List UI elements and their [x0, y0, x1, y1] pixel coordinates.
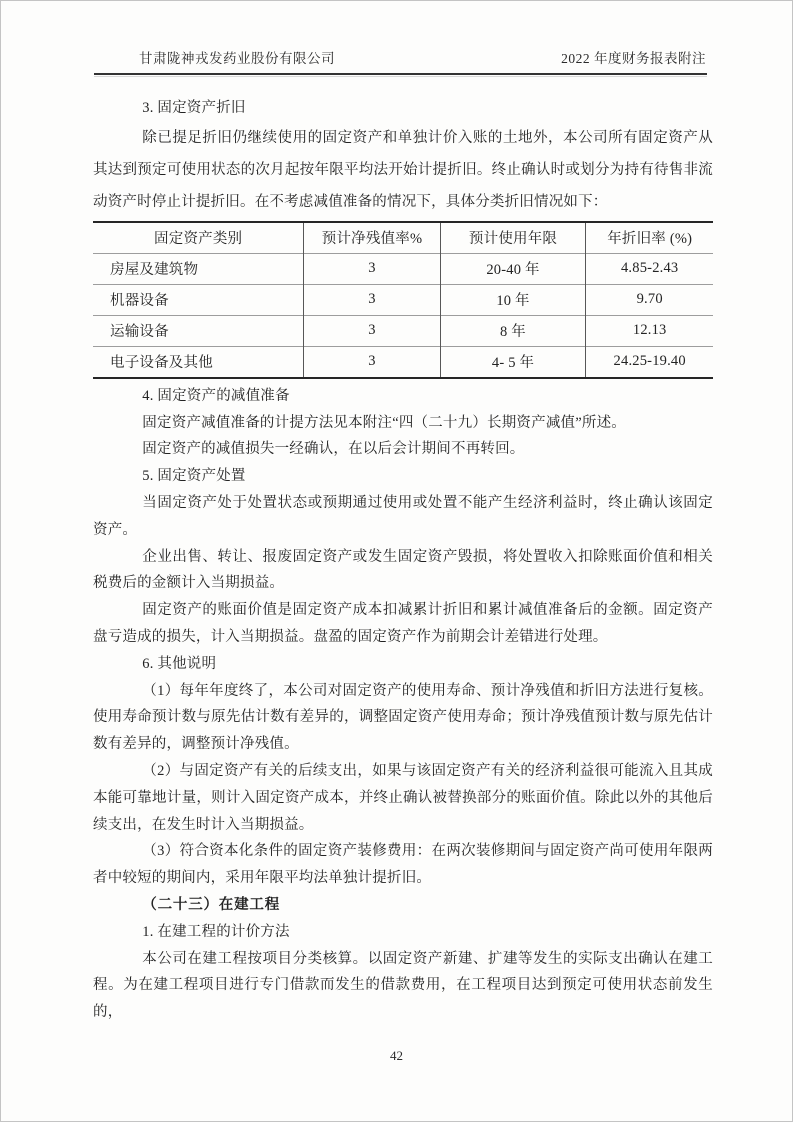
cell-asset-class: 机器设备 [93, 284, 304, 315]
cell-depreciation-rate: 4.85-2.43 [586, 253, 713, 284]
cell-depreciation-rate: 24.25-19.40 [586, 346, 713, 378]
subsection-heading-cip-valuation: 1. 在建工程的计价方法 [93, 919, 713, 946]
document-page: 甘肃陇神戎发药业股份有限公司 2022 年度财务报表附注 3. 固定资产折旧 除… [0, 0, 793, 1122]
page-header: 甘肃陇神戎发药业股份有限公司 2022 年度财务报表附注 [94, 47, 706, 67]
section-heading-disposal: 5. 固定资产处置 [93, 463, 713, 490]
paragraph-carrying-amount: 固定资产的账面价值是固定资产成本扣减累计折旧和累计减值准备后的金额。固定资产盘亏… [93, 597, 713, 651]
paragraph-depreciation-intro: 除已提足折旧仍继续使用的固定资产和单独计价入账的土地外，本公司所有固定资产从其达… [93, 122, 713, 218]
column-header-depreciation-rate: 年折旧率 (%) [586, 222, 713, 254]
cell-useful-life: 8 年 [440, 315, 586, 346]
section-heading-impairment: 4. 固定资产的减值准备 [93, 383, 713, 410]
page-number: 42 [390, 1048, 403, 1063]
cell-useful-life: 10 年 [440, 284, 586, 315]
table-row: 房屋及建筑物 3 20-40 年 4.85-2.43 [93, 253, 713, 284]
table-header-row: 固定资产类别 预计净残值率% 预计使用年限 年折旧率 (%) [93, 222, 713, 254]
cell-residual-rate: 3 [304, 346, 440, 378]
cell-useful-life: 20-40 年 [440, 253, 586, 284]
section-heading-other-notes: 6. 其他说明 [93, 651, 713, 678]
cell-depreciation-rate: 9.70 [586, 284, 713, 315]
column-header-asset-class: 固定资产类别 [93, 222, 304, 254]
paragraph-cip-valuation: 本公司在建工程按项目分类核算。以固定资产新建、扩建等发生的实际支出确认在建工程。… [93, 946, 713, 1026]
report-title: 2022 年度财务报表附注 [561, 47, 706, 67]
cell-asset-class: 电子设备及其他 [93, 346, 304, 378]
cell-asset-class: 房屋及建筑物 [93, 253, 304, 284]
paragraph-disposal-gain-loss: 企业出售、转让、报废固定资产或发生固定资产毁损，将处置收入扣除账面价值和相关税费… [93, 544, 713, 598]
cell-asset-class: 运输设备 [93, 315, 304, 346]
cell-residual-rate: 3 [304, 315, 440, 346]
cell-residual-rate: 3 [304, 253, 440, 284]
table-row: 机器设备 3 10 年 9.70 [93, 284, 713, 315]
company-name: 甘肃陇神戎发药业股份有限公司 [94, 47, 335, 67]
column-header-residual-rate: 预计净残值率% [304, 222, 440, 254]
header-rule [94, 73, 707, 77]
page-footer: 42 [1, 1048, 792, 1064]
document-body: 3. 固定资产折旧 除已提足折旧仍继续使用的固定资产和单独计价入账的土地外，本公… [93, 95, 713, 1026]
paragraph-disposal-derecognition: 当固定资产处于处置状态或预期通过使用或处置不能产生经济利益时，终止确认该固定资产… [93, 490, 713, 544]
paragraph-impairment-no-reversal: 固定资产的减值损失一经确认，在以后会计期间不再转回。 [93, 436, 713, 463]
paragraph-impairment-method: 固定资产减值准备的计提方法见本附注“四（二十九）长期资产减值”所述。 [93, 410, 713, 437]
cell-residual-rate: 3 [304, 284, 440, 315]
section-heading-depreciation: 3. 固定资产折旧 [93, 95, 713, 122]
table-row: 运输设备 3 8 年 12.13 [93, 315, 713, 346]
paragraph-subsequent-expenditure: （2）与固定资产有关的后续支出，如果与该固定资产有关的经济利益很可能流入且其成本… [93, 758, 713, 838]
column-header-useful-life: 预计使用年限 [440, 222, 586, 254]
section-heading-construction-in-progress: （二十三）在建工程 [93, 892, 713, 919]
cell-useful-life: 4- 5 年 [440, 346, 586, 378]
paragraph-renovation-costs: （3）符合资本化条件的固定资产装修费用：在两次装修期间与固定资产尚可使用年限两者… [93, 838, 713, 892]
table-row: 电子设备及其他 3 4- 5 年 24.25-19.40 [93, 346, 713, 378]
paragraph-annual-review: （1）每年年度终了，本公司对固定资产的使用寿命、预计净残值和折旧方法进行复核。使… [93, 678, 713, 758]
cell-depreciation-rate: 12.13 [586, 315, 713, 346]
depreciation-table: 固定资产类别 预计净残值率% 预计使用年限 年折旧率 (%) 房屋及建筑物 3 … [93, 221, 713, 379]
